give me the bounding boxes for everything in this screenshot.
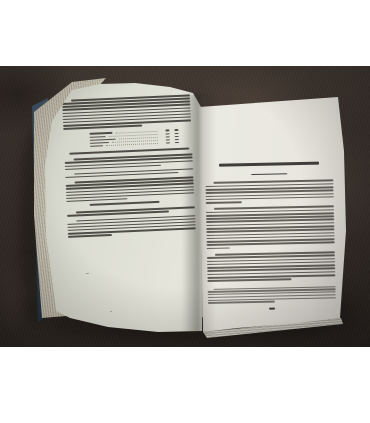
photo-of-open-book <box>0 0 370 423</box>
photo-vignette <box>0 66 370 347</box>
photo-surface <box>0 66 370 347</box>
